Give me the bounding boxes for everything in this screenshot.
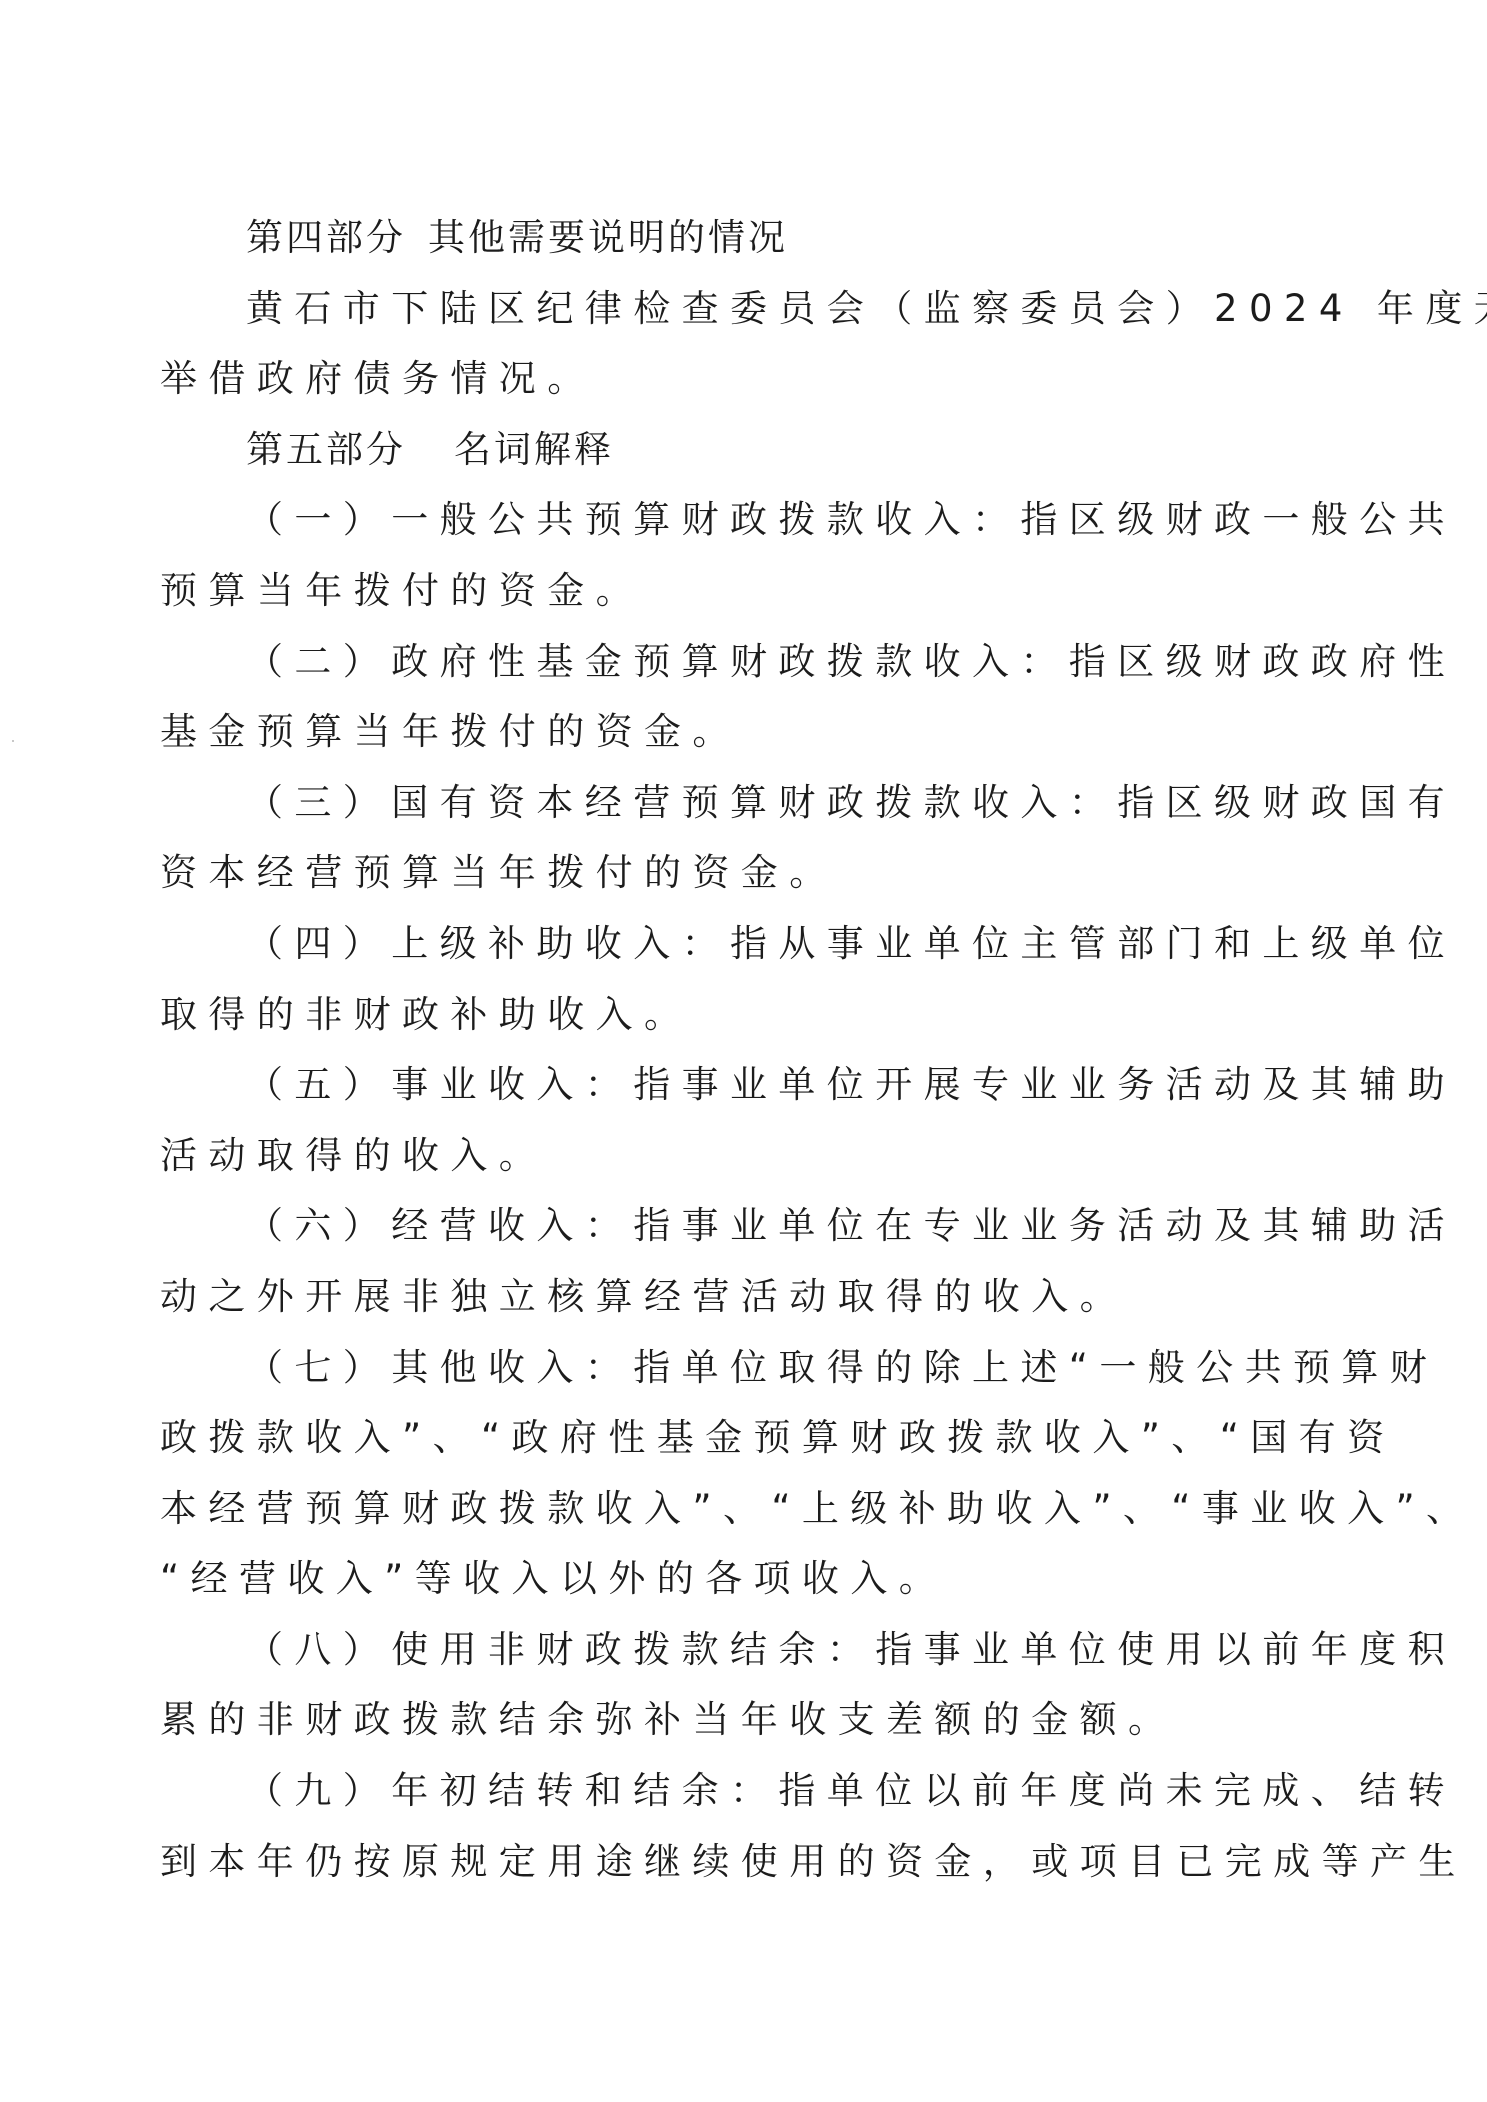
definition-item-7-cont: 本经营预算财政拨款收入”、“上级补助收入”、“事业收入”、 [160,1474,1260,1545]
definition-item-9: （九）年初结转和结余：指单位以前年度尚未完成、结转 [160,1756,1260,1827]
definition-item-7: （七）其他收入：指单位取得的除上述“一般公共预算财 [160,1333,1260,1404]
definition-item-1-cont: 预算当年拨付的资金。 [160,556,1260,627]
definition-item-1: （一）一般公共预算财政拨款收入：指区级财政一般公共 [160,485,1260,556]
section-title: 名词解释 [454,428,614,471]
document-page: 第四部分其他需要说明的情况 黄石市下陆区纪律检查委员会（监察委员会）2024 年… [160,203,1260,1897]
definition-item-8-cont: 累的非财政拨款结余弥补当年收支差额的金额。 [160,1685,1260,1756]
definition-item-5-cont: 活动取得的收入。 [160,1121,1260,1192]
definition-item-9-cont: 到本年仍按原规定用途继续使用的资金，或项目已完成等产生 [160,1827,1260,1898]
definition-item-4-cont: 取得的非财政补助收入。 [160,980,1260,1051]
section-prefix: 第四部分 [246,216,406,259]
definition-item-6-cont: 动之外开展非独立核算经营活动取得的收入。 [160,1262,1260,1333]
section-heading-part4: 第四部分其他需要说明的情况 [160,203,1260,274]
definition-item-5: （五）事业收入：指事业单位开展专业业务活动及其辅助 [160,1050,1260,1121]
paragraph-line: 黄石市下陆区纪律检查委员会（监察委员会）2024 年度无 [160,274,1260,345]
definition-item-3-cont: 资本经营预算当年拨付的资金。 [160,838,1260,909]
definition-item-2-cont: 基金预算当年拨付的资金。 [160,697,1260,768]
definition-item-4: （四）上级补助收入：指从事业单位主管部门和上级单位 [160,909,1260,980]
paragraph-line: 举借政府债务情况。 [160,344,1260,415]
section-heading-part5: 第五部分名词解释 [160,415,1260,486]
scan-artifact [12,740,14,742]
definition-item-3: （三）国有资本经营预算财政拨款收入：指区级财政国有 [160,768,1260,839]
definition-item-6: （六）经营收入：指事业单位在专业业务活动及其辅助活 [160,1191,1260,1262]
section-prefix: 第五部分 [246,428,406,471]
section-title: 其他需要说明的情况 [428,216,788,259]
definition-item-7-cont: “经营收入”等收入以外的各项收入。 [160,1544,1260,1615]
definition-item-2: （二）政府性基金预算财政拨款收入：指区级财政政府性 [160,627,1260,698]
definition-item-8: （八）使用非财政拨款结余：指事业单位使用以前年度积 [160,1615,1260,1686]
definition-item-7-cont: 政拨款收入”、“政府性基金预算财政拨款收入”、“国有资 [160,1403,1260,1474]
